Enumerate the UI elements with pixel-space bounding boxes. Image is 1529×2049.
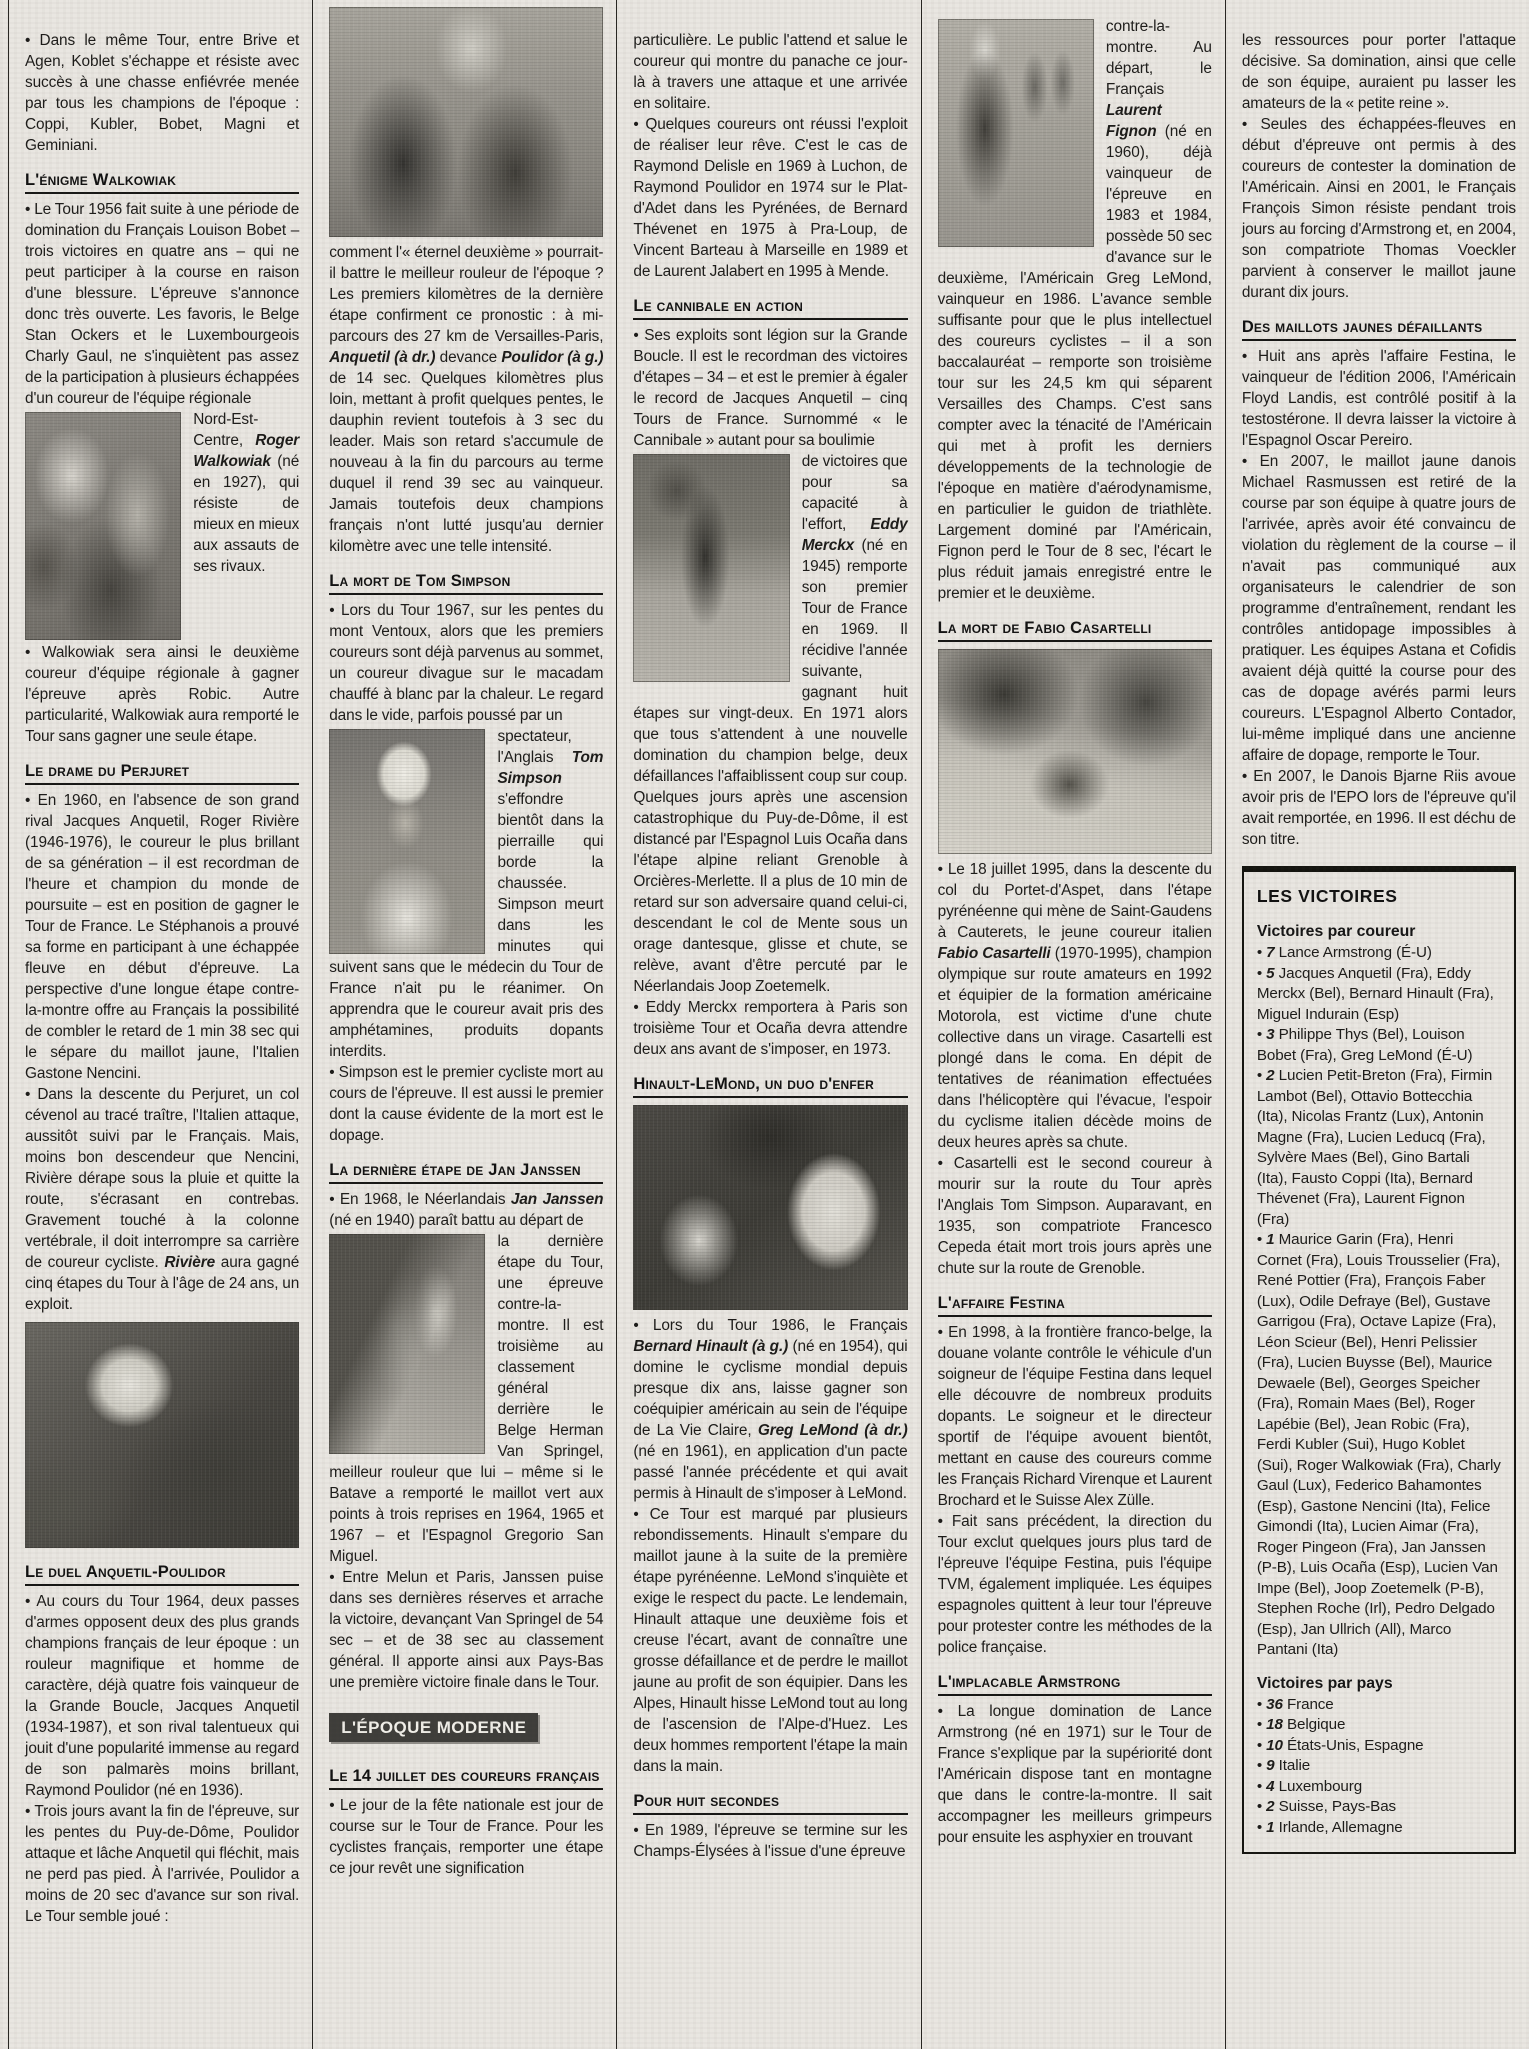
section-heading: Le drame du Perjuret	[25, 762, 299, 785]
text-run: devance	[435, 349, 501, 366]
text-run: • Casartelli est le second coureur à mou…	[938, 1155, 1212, 1277]
emphasized-name: Anquetil (à dr.)	[329, 349, 435, 366]
text-run: • Ses exploits sont légion sur la Grande…	[633, 327, 907, 449]
victories-item: • 1 Irlande, Allemagne	[1257, 1818, 1501, 1839]
text-run: • En 2007, le Danois Bjarne Riis avoue a…	[1242, 768, 1516, 848]
victories-item: • 4 Luxembourg	[1257, 1777, 1501, 1798]
victory-count: 7	[1266, 944, 1274, 961]
paragraph: • Le Tour 1956 fait suite à une période …	[25, 199, 299, 409]
victory-count: 2	[1266, 1067, 1274, 1084]
victory-names: Jacques Anquetil (Fra), Eddy Merckx (Bel…	[1257, 965, 1494, 1023]
section-heading: La dernière étape de Jan Janssen	[329, 1161, 603, 1184]
paragraph: • En 2007, le maillot jaune danois Micha…	[1242, 451, 1516, 766]
victory-count: 10	[1266, 1737, 1283, 1754]
section-heading: Le 14 juillet des coureurs français	[329, 1767, 603, 1790]
text-run: contre-la-montre. Au départ, le Français	[1106, 18, 1212, 98]
text-run: (1970-1995), champion olympique sur rout…	[938, 945, 1212, 1151]
bullet: •	[1257, 1798, 1266, 1815]
photo-jan-janssen	[329, 1234, 485, 1454]
paragraph: • Walkowiak sera ainsi le deuxième coure…	[25, 642, 299, 747]
text-run: (né en 1927), qui résiste de mieux en mi…	[193, 453, 299, 575]
bullet: •	[1257, 1757, 1266, 1774]
victory-count: 4	[1266, 1778, 1274, 1795]
paragraph: • Quelques coureurs ont réussi l'exploit…	[633, 114, 907, 282]
emphasized-name: Bernard Hinault (à g.)	[633, 1338, 788, 1355]
section-heading: La mort de Tom Simpson	[329, 572, 603, 595]
emphasized-name: Poulidor (à g.)	[501, 349, 603, 366]
victory-names: Italie	[1275, 1757, 1311, 1774]
encyclopedia-page: • Dans le même Tour, entre Brive et Agen…	[0, 0, 1529, 2049]
column-4: contre-la-montre. Au départ, le Français…	[921, 0, 1225, 2049]
victories-item: • 9 Italie	[1257, 1756, 1501, 1777]
victory-names: Luxembourg	[1275, 1778, 1363, 1795]
victories-item: • 5 Jacques Anquetil (Fra), Eddy Merckx …	[1257, 964, 1501, 1026]
text-run: spectateur, l'Anglais	[497, 728, 571, 766]
column-1: • Dans le même Tour, entre Brive et Agen…	[8, 0, 312, 2049]
text-run: • La longue domination de Lance Armstron…	[938, 1703, 1212, 1846]
paragraph: • Trois jours avant la fin de l'épreuve,…	[25, 1801, 299, 1927]
text-run: • En 1998, à la frontière franco-belge, …	[938, 1324, 1212, 1509]
paragraph: • Huit ans après l'affaire Festina, le v…	[1242, 346, 1516, 451]
section-heading: L'implacable Armstrong	[938, 1673, 1212, 1696]
victories-box: LES VICTOIRESVictoires par coureur• 7 La…	[1242, 866, 1516, 1854]
text-run: • Le 18 juillet 1995, dans la descente d…	[938, 861, 1212, 941]
text-run: • Au cours du Tour 1964, deux passes d'a…	[25, 1593, 299, 1799]
paragraph: • Au cours du Tour 1964, deux passes d'a…	[25, 1591, 299, 1801]
paragraph: • Le 18 juillet 1995, dans la descente d…	[938, 859, 1212, 1153]
section-heading: Hinault-LeMond, un duo d'enfer	[633, 1075, 907, 1098]
text-run: • En 1968, le Néerlandais	[329, 1191, 511, 1208]
victory-count: 3	[1266, 1026, 1274, 1043]
victory-names: Philippe Thys (Bel), Louison Bobet (Fra)…	[1257, 1026, 1473, 1064]
text-run: • Seules des échappées-fleuves en début …	[1242, 116, 1516, 301]
section-heading: L'énigme Walkowiak	[25, 171, 299, 194]
victory-count: 1	[1266, 1231, 1274, 1248]
victory-count: 9	[1266, 1757, 1274, 1774]
text-run: les ressources pour porter l'attaque déc…	[1242, 32, 1516, 112]
text-run: • Lors du Tour 1967, sur les pentes du m…	[329, 602, 603, 724]
victories-item: • 7 Lance Armstrong (É-U)	[1257, 943, 1501, 964]
text-run: • Entre Melun et Paris, Janssen puise da…	[329, 1569, 603, 1691]
text-run: de 14 sec. Quelques kilomètres plus loin…	[329, 370, 603, 555]
photo-roger-riviere-chute	[25, 1322, 299, 1548]
victories-subheading: Victoires par pays	[1257, 1675, 1501, 1693]
paragraph: • Eddy Merckx remportera à Paris son tro…	[633, 997, 907, 1060]
emphasized-name: Laurent Fignon	[1106, 102, 1162, 140]
text-run: (né en 1940) paraît battu au départ de	[329, 1212, 583, 1229]
paragraph: • Lors du Tour 1986, le Français Bernard…	[633, 1315, 907, 1504]
text-run: Nord-Est-Centre,	[193, 411, 258, 449]
text-run: • Ce Tour est marqué par plusieurs rebon…	[633, 1506, 907, 1775]
emphasized-name: Fabio Casartelli	[938, 945, 1051, 962]
victory-names: Lance Armstrong (É-U)	[1275, 944, 1432, 961]
paragraph: • En 1968, le Néerlandais Jan Janssen (n…	[329, 1189, 603, 1231]
bullet: •	[1257, 1737, 1266, 1754]
era-banner: L'ÉPOQUE MODERNE	[329, 1713, 538, 1742]
photo-anquetil-poulidor-assis	[329, 7, 603, 237]
bullet: •	[1257, 965, 1266, 982]
paragraph: • En 2007, le Danois Bjarne Riis avoue a…	[1242, 766, 1516, 850]
bullet: •	[1257, 944, 1266, 961]
victory-count: 5	[1266, 965, 1274, 982]
paragraph: • Entre Melun et Paris, Janssen puise da…	[329, 1567, 603, 1693]
section-heading: La mort de Fabio Casartelli	[938, 619, 1212, 642]
emphasized-name: Greg LeMond (à dr.)	[758, 1422, 908, 1439]
text-run: • Quelques coureurs ont réussi l'exploit…	[633, 116, 907, 280]
victory-names: France	[1283, 1696, 1334, 1713]
victory-names: États-Unis, Espagne	[1283, 1737, 1424, 1754]
photo-tom-simpson	[329, 729, 485, 954]
bullet: •	[1257, 1716, 1266, 1733]
section-heading: L'affaire Festina	[938, 1294, 1212, 1317]
text-run: • Simpson est le premier cycliste mort a…	[329, 1064, 603, 1144]
paragraph: • Le jour de la fête nationale est jour …	[329, 1795, 603, 1879]
victory-names: Suisse, Pays-Bas	[1275, 1798, 1397, 1815]
victory-count: 18	[1266, 1716, 1283, 1733]
text-run: • Huit ans après l'affaire Festina, le v…	[1242, 348, 1516, 449]
text-run: • En 2007, le maillot jaune danois Micha…	[1242, 453, 1516, 764]
paragraph: • En 1998, à la frontière franco-belge, …	[938, 1322, 1212, 1511]
victories-subheading: Victoires par coureur	[1257, 923, 1501, 941]
photo-hinault-lemond-poignee-de-main	[633, 1105, 907, 1310]
victory-count: 36	[1266, 1696, 1283, 1713]
text-run: particulière. Le public l'attend et salu…	[633, 32, 907, 112]
text-run: (né en 1961), en application d'un pacte …	[633, 1443, 907, 1502]
bullet: •	[1257, 1778, 1266, 1795]
victories-title: LES VICTOIRES	[1257, 886, 1501, 907]
paragraph: les ressources pour porter l'attaque déc…	[1242, 30, 1516, 114]
bullet: •	[1257, 1026, 1266, 1043]
photo-eddy-merckx-velo	[633, 454, 789, 682]
column-3: particulière. Le public l'attend et salu…	[616, 0, 920, 2049]
victories-item: • 18 Belgique	[1257, 1715, 1501, 1736]
section-heading: Pour huit secondes	[633, 1792, 907, 1815]
text-run: • Le jour de la fête nationale est jour …	[329, 1797, 603, 1877]
paragraph: • Fait sans précédent, la direction du T…	[938, 1511, 1212, 1658]
victories-item: • 2 Lucien Petit-Breton (Fra), Firmin La…	[1257, 1066, 1501, 1230]
text-run: • Eddy Merckx remportera à Paris son tro…	[633, 999, 907, 1058]
paragraph: • Ce Tour est marqué par plusieurs rebon…	[633, 1504, 907, 1777]
text-run: • En 1960, en l'absence de son grand riv…	[25, 792, 299, 1082]
paragraph: • Lors du Tour 1967, sur les pentes du m…	[329, 600, 603, 726]
victory-names: Maurice Garin (Fra), Henri Cornet (Fra),…	[1257, 1231, 1501, 1658]
column-5: les ressources pour porter l'attaque déc…	[1225, 0, 1529, 2049]
emphasized-name: Jan Janssen	[511, 1191, 604, 1208]
bullet: •	[1257, 1067, 1266, 1084]
section-heading: Le cannibale en action	[633, 297, 907, 320]
paragraph: • Dans le même Tour, entre Brive et Agen…	[25, 30, 299, 156]
victories-item: • 2 Suisse, Pays-Bas	[1257, 1797, 1501, 1818]
paragraph: • Ses exploits sont légion sur la Grande…	[633, 325, 907, 451]
victory-count: 2	[1266, 1798, 1274, 1815]
paragraph: comment l'« éternel deuxième » pourrait-…	[329, 242, 603, 557]
text-run: • En 1989, l'épreuve se termine sur les …	[633, 1822, 907, 1860]
victory-count: 1	[1266, 1819, 1274, 1836]
victories-item: • 10 États-Unis, Espagne	[1257, 1736, 1501, 1757]
victory-names: Belgique	[1283, 1716, 1345, 1733]
text-run: • Le Tour 1956 fait suite à une période …	[25, 201, 299, 407]
paragraph: • En 1960, en l'absence de son grand riv…	[25, 790, 299, 1084]
paragraph: • Simpson est le premier cycliste mort a…	[329, 1062, 603, 1146]
section-heading: Le duel Anquetil-Poulidor	[25, 1563, 299, 1586]
victory-names: Lucien Petit-Breton (Fra), Firmin Lambot…	[1257, 1067, 1492, 1228]
text-run: • Lors du Tour 1986, le Français	[633, 1317, 907, 1334]
section-heading: Des maillots jaunes défaillants	[1242, 318, 1516, 341]
text-run: comment l'« éternel deuxième » pourrait-…	[329, 244, 603, 345]
victories-item: • 36 France	[1257, 1695, 1501, 1716]
paragraph: • En 1989, l'épreuve se termine sur les …	[633, 1820, 907, 1862]
text-run: • Fait sans précédent, la direction du T…	[938, 1513, 1212, 1656]
victory-names: Irlande, Allemagne	[1275, 1819, 1403, 1836]
bullet: •	[1257, 1231, 1266, 1248]
column-2: comment l'« éternel deuxième » pourrait-…	[312, 0, 616, 2049]
photo-chute-casartelli	[938, 649, 1212, 854]
text-run: • Dans le même Tour, entre Brive et Agen…	[25, 32, 299, 154]
victories-item: • 1 Maurice Garin (Fra), Henri Cornet (F…	[1257, 1230, 1501, 1661]
bullet: •	[1257, 1819, 1266, 1836]
paragraph: • La longue domination de Lance Armstron…	[938, 1701, 1212, 1848]
photo-roger-walkowiak	[25, 412, 181, 640]
paragraph: particulière. Le public l'attend et salu…	[633, 30, 907, 114]
paragraph: • Casartelli est le second coureur à mou…	[938, 1153, 1212, 1279]
text-run: • Trois jours avant la fin de l'épreuve,…	[25, 1803, 299, 1925]
paragraph: • Dans la descente du Perjuret, un col c…	[25, 1084, 299, 1315]
text-run: • Walkowiak sera ainsi le deuxième coure…	[25, 644, 299, 745]
emphasized-name: Rivière	[164, 1254, 215, 1271]
victories-item: • 3 Philippe Thys (Bel), Louison Bobet (…	[1257, 1025, 1501, 1066]
paragraph: • Seules des échappées-fleuves en début …	[1242, 114, 1516, 303]
bullet: •	[1257, 1696, 1266, 1713]
text-run: • Dans la descente du Perjuret, un col c…	[25, 1086, 299, 1271]
photo-laurent-fignon-contre-la-montre	[938, 19, 1094, 247]
